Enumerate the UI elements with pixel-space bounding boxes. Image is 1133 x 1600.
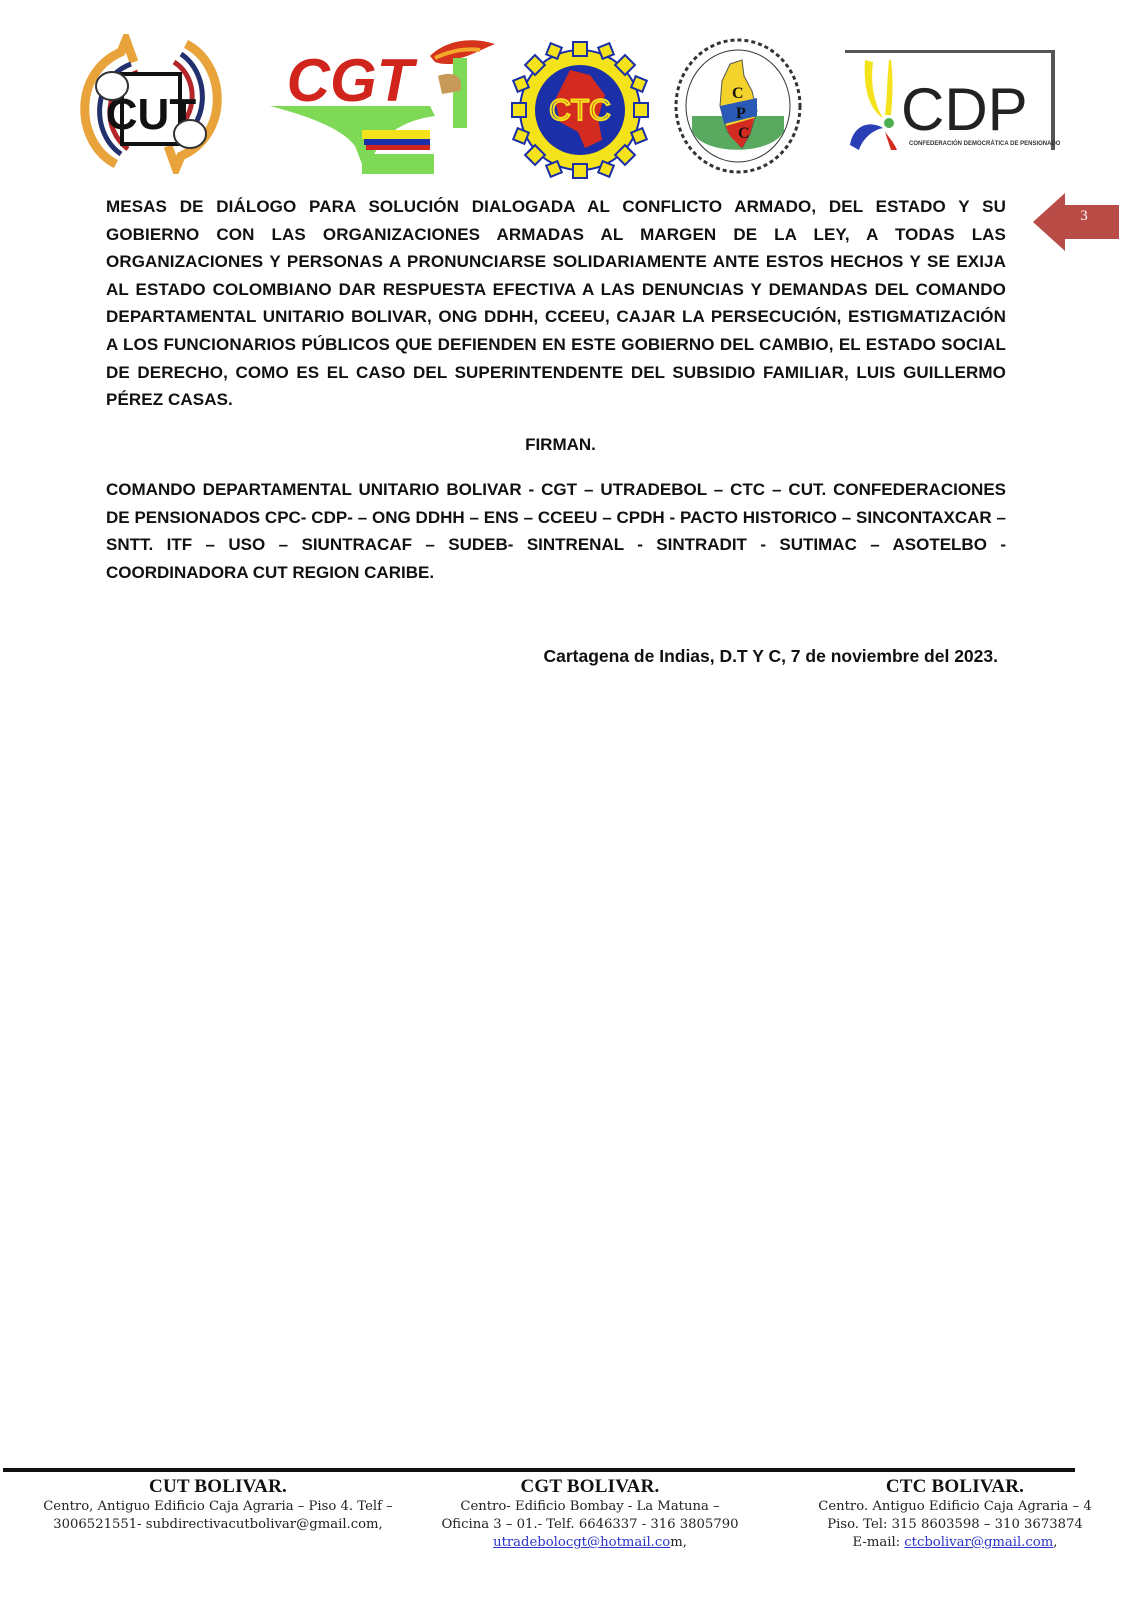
footer-divider bbox=[3, 1468, 1075, 1472]
header-logos: CUT CGT bbox=[70, 30, 1060, 180]
footer-cut: CUT BOLIVAR. Centro, Antiguo Edificio Ca… bbox=[28, 1476, 408, 1534]
footer-cgt-phone: Oficina 3 – 01.- Telf. 6646337 - 316 380… bbox=[410, 1516, 770, 1534]
svg-text:CTC: CTC bbox=[549, 94, 611, 127]
signers-list: COMANDO DEPARTAMENTAL UNITARIO BOLIVAR -… bbox=[106, 476, 1006, 586]
footer-cut-address: Centro, Antiguo Edificio Caja Agraria – … bbox=[28, 1498, 408, 1516]
footer-ctc-address: Centro. Antiguo Edificio Caja Agraria – … bbox=[790, 1498, 1120, 1516]
footer-cut-title: CUT BOLIVAR. bbox=[28, 1476, 408, 1498]
footer-cgt-email-tail: m, bbox=[670, 1535, 687, 1550]
cpc-logo: C P C bbox=[672, 36, 804, 176]
cgt-logo: CGT bbox=[270, 36, 500, 176]
footer-ctc-email-label: E-mail: bbox=[853, 1535, 905, 1550]
svg-text:CONFEDERACIÓN DEMOCRÁTICA DE P: CONFEDERACIÓN DEMOCRÁTICA DE PENSIONADOS bbox=[909, 139, 1060, 147]
footer-cut-contact: 3006521551- subdirectivacutbolivar@gmail… bbox=[28, 1516, 408, 1534]
footer-ctc-email: E-mail: ctcbolivar@gmail.com, bbox=[790, 1534, 1120, 1552]
cut-logo: CUT bbox=[76, 34, 226, 174]
footer-cgt-email-link[interactable]: utradebolocgt@hotmail.co bbox=[493, 1535, 670, 1550]
body-paragraph: MESAS DE DIÁLOGO PARA SOLUCIÓN DIALOGADA… bbox=[106, 193, 1006, 414]
cdp-logo: CDP CONFEDERACIÓN DEMOCRÁTICA DE PENSION… bbox=[845, 50, 1060, 155]
ctc-logo: CTC bbox=[510, 40, 650, 180]
place-date: Cartagena de Indias, D.T Y C, 7 de novie… bbox=[543, 646, 998, 667]
firman-label: FIRMAN. bbox=[525, 435, 596, 454]
firman-heading: FIRMAN. bbox=[0, 435, 1133, 455]
footer-cgt: CGT BOLIVAR. Centro- Edificio Bombay - L… bbox=[410, 1476, 770, 1552]
svg-text:C: C bbox=[732, 85, 744, 102]
footer-ctc-title: CTC BOLIVAR. bbox=[790, 1476, 1120, 1498]
page-number: 3 bbox=[1069, 208, 1099, 225]
footer-cgt-title: CGT BOLIVAR. bbox=[410, 1476, 770, 1498]
svg-text:CGT: CGT bbox=[287, 47, 418, 114]
footer-ctc-email-tail: , bbox=[1053, 1535, 1057, 1550]
footer-cgt-address: Centro- Edificio Bombay - La Matuna – bbox=[410, 1498, 770, 1516]
footer-ctc: CTC BOLIVAR. Centro. Antiguo Edificio Ca… bbox=[790, 1476, 1120, 1552]
footer-ctc-phone: Piso. Tel: 315 8603598 – 310 3673874 bbox=[790, 1516, 1120, 1534]
svg-text:CDP: CDP bbox=[901, 76, 1028, 143]
footer-ctc-email-link[interactable]: ctcbolivar@gmail.com bbox=[904, 1535, 1053, 1550]
svg-text:P: P bbox=[736, 105, 746, 122]
footer-cgt-email: utradebolocgt@hotmail.com, bbox=[410, 1534, 770, 1552]
svg-text:C: C bbox=[738, 125, 750, 142]
